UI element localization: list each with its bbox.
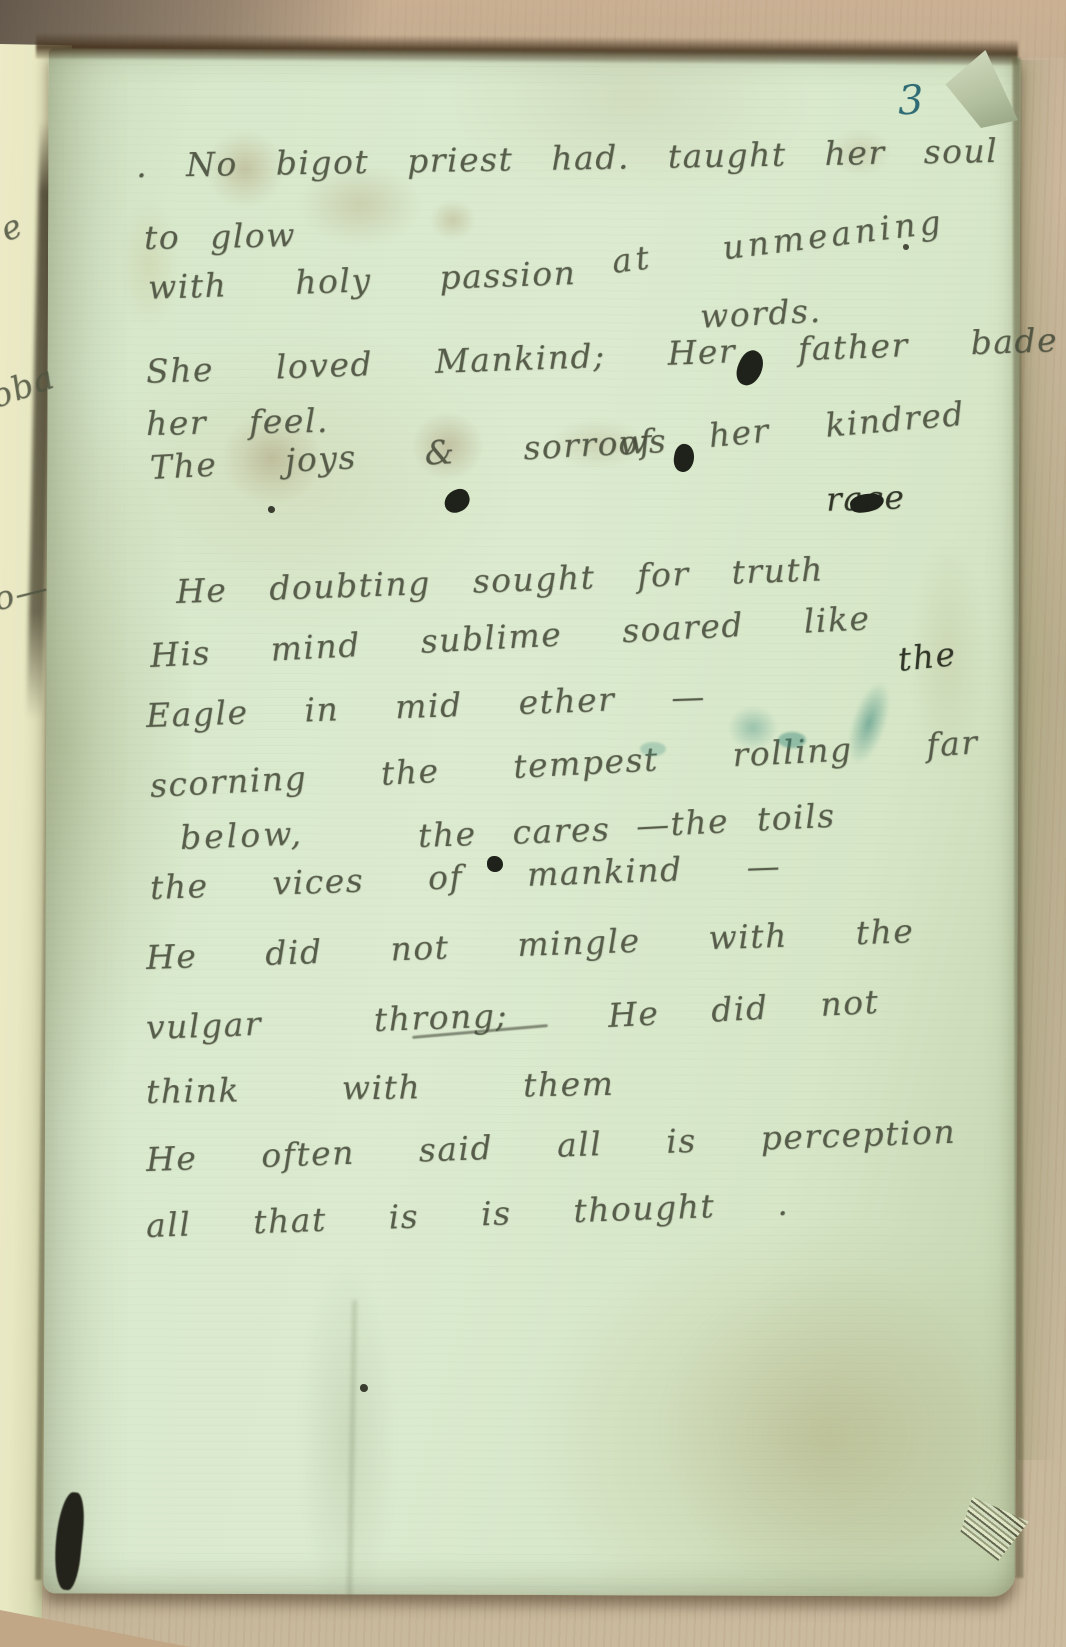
teal-ink-smudge (728, 706, 778, 750)
handwriting-segment: He did not mingle with the (145, 911, 915, 977)
handwriting-segment: all that is is thought . (145, 1184, 789, 1245)
teal-ink-smudge (640, 742, 666, 756)
handwriting-segment: the cares (417, 809, 611, 855)
handwriting-segment: He did not (607, 982, 880, 1035)
teal-ink-smudge (778, 732, 806, 748)
handwriting-segment: think with them (146, 1064, 615, 1111)
handwriting-segment: Eagle in mid ether — (145, 676, 706, 735)
handwriting-segment: vulgar throng; (145, 995, 508, 1047)
ink-blot (487, 856, 503, 872)
handwriting-segment: He often said all is perception (145, 1112, 956, 1179)
facing-page-text-fragment: e (0, 205, 29, 249)
facing-page-text-fragment: oba (0, 357, 60, 416)
facing-page-text-fragment: o— (0, 567, 53, 618)
handwriting-segment: . No bigot priest had. taught her soul (136, 131, 999, 185)
handwriting-segment: below, (179, 814, 304, 857)
handwriting-segment: the vices of mankind — (149, 846, 781, 907)
page-number: 3 (897, 78, 924, 125)
ink-speck (360, 1384, 368, 1392)
handwriting-segment: He doubting sought for truth (175, 549, 824, 611)
handwriting-segment: the (896, 634, 958, 679)
handwriting-segment: at unmeaning (610, 201, 947, 280)
handwriting-segment: her feel. (146, 401, 330, 443)
handwriting-segment: —the toils (635, 796, 836, 845)
handwriting-segment: She loved Mankind; Her father bade (145, 320, 1058, 391)
handwriting-segment: His mind sublime soared like (149, 598, 871, 675)
handwriting-segment: to glow (144, 215, 297, 257)
photograph-of-manuscript-page: { "meta": { "description": "Photograph o… (0, 0, 1066, 1647)
handwriting-segment: of her kindred (616, 394, 966, 463)
handwriting-segment: with holy passion (147, 253, 577, 307)
ink-speck (903, 244, 909, 250)
ink-speck (268, 506, 275, 513)
